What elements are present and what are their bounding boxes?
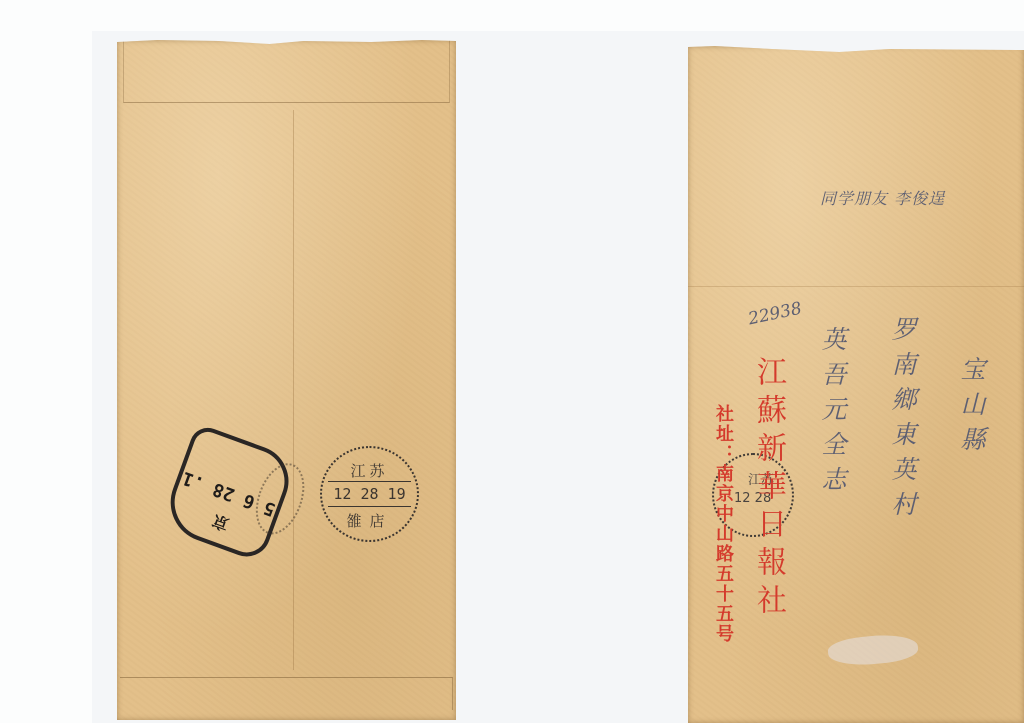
envelope-front: 同学朋友 李俊逞 22938 宝山縣 罗南鄉東英村 英吾元全志 江苏 12 28… xyxy=(688,46,1024,723)
postmark-bottom-text: 雒店 xyxy=(322,510,417,531)
postmark-bar xyxy=(328,506,411,507)
recipient-county: 宝山縣 xyxy=(953,356,989,461)
bottom-flap-fold xyxy=(120,677,453,710)
envelope-back: 京 5 6 28 .1 江苏 12 28 19 雒店 xyxy=(117,40,456,720)
sender-name: 江蘇新華日報社 xyxy=(746,356,790,622)
handwritten-note: 同学朋友 李俊逞 xyxy=(820,186,945,209)
recipient-village: 罗南鄉東英村 xyxy=(884,316,920,526)
top-flap-fold xyxy=(123,40,450,103)
postmark-bar xyxy=(328,481,411,482)
handwritten-number: 22938 xyxy=(747,299,804,330)
departure-postmark: 江苏 12 28 19 雒店 xyxy=(320,446,419,542)
recipient-name: 英吾元全志 xyxy=(814,326,850,501)
sender-address: 社址：南京中山路五十五号 xyxy=(710,404,736,644)
paper-stain xyxy=(827,632,919,668)
postmark-date: 12 28 19 xyxy=(322,485,417,503)
arrival-postmark: 京 5 6 28 .1 xyxy=(159,423,298,563)
vertical-crease xyxy=(293,110,294,670)
postmark-top-text: 江苏 xyxy=(322,460,417,481)
horizontal-crease xyxy=(688,286,1024,287)
